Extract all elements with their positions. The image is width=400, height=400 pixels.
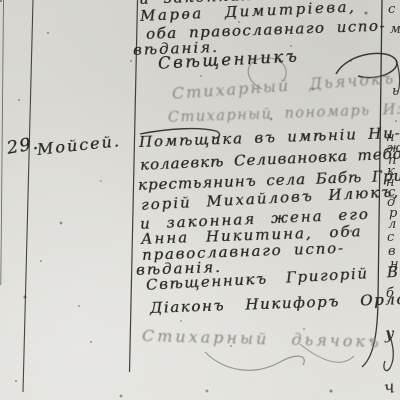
- register-page-scan: и законная жена его Марѳа Димитріева, об…: [0, 0, 400, 400]
- margin-text-fragment: б: [386, 286, 394, 301]
- margin-text-fragment: у: [385, 324, 394, 343]
- margin-text-fragment: с: [388, 2, 395, 17]
- margin-text-fragment: с: [387, 230, 394, 245]
- margin-text-fragment: м: [390, 22, 400, 37]
- margin-text-fragment: н: [390, 257, 399, 272]
- margin-text-fragment: ь: [392, 84, 399, 99]
